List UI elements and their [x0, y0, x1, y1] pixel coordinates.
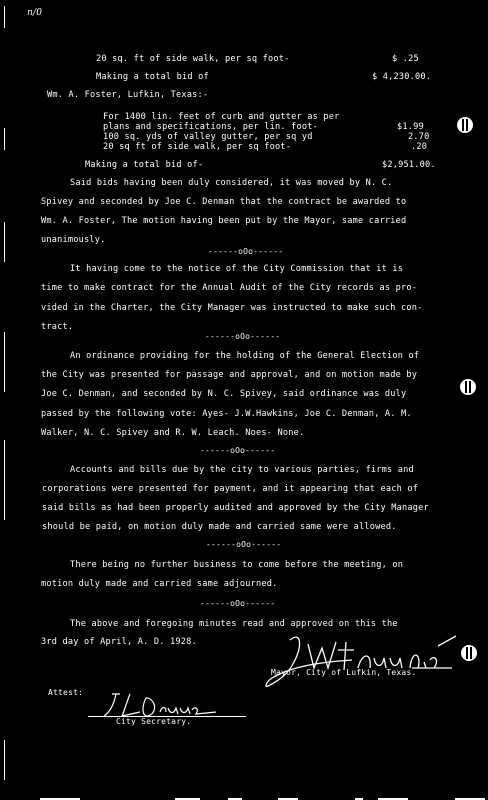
margin-mark	[4, 332, 5, 392]
paragraph-line: said bills as had been properly audited …	[42, 503, 429, 513]
section-separator: ------oOo------	[208, 247, 283, 256]
mayor-title: Mayor, City of Lufkin, Texas.	[271, 668, 416, 677]
paragraph-line: Said bids having been duly considered, i…	[70, 178, 392, 188]
bid-item-price: .20	[411, 142, 427, 152]
bidder-name: Wm. A. Foster, Lufkin, Texas:-	[47, 90, 208, 100]
paragraph-line: should be paid, on motion duly made and …	[42, 522, 397, 532]
bid-item-price: $ .25	[392, 54, 419, 64]
mayor-signature	[262, 628, 462, 688]
paragraph-line: passed by the following vote: Ayes- J.W.…	[41, 409, 412, 419]
bid-item: For 1400 lin. feet of curb and gutter as…	[103, 112, 339, 122]
bid-item: 20 sq. ft of side walk, per sq foot-	[96, 54, 289, 64]
paragraph-line: Accounts and bills due by the city to va…	[70, 465, 414, 475]
bid-item: 100 sq. yds of valley gutter, per sq yd	[103, 132, 313, 142]
paragraph-line: Joe C. Denman, and seconded by N. C. Spi…	[41, 389, 406, 399]
paragraph-line: Walker, N. C. Spivey and R. W. Leach. No…	[41, 428, 304, 438]
paragraph-line: corporations were presented for payment,…	[42, 484, 418, 494]
paragraph-line: It having come to the notice of the City…	[70, 264, 403, 274]
bid-item-price: $1.99	[397, 122, 424, 132]
section-separator: ------oOo------	[200, 599, 275, 608]
margin-mark	[4, 480, 5, 520]
paragraph-line: vided in the Charter, the City Manager w…	[41, 303, 423, 313]
signature-icon	[262, 628, 462, 688]
margin-mark	[4, 740, 5, 780]
bid-item-price: 2.70	[408, 132, 430, 142]
paragraph-line: There being no further business to come …	[70, 560, 403, 570]
paragraph-line: time to make contract for the Annual Aud…	[41, 283, 417, 293]
secretary-title: City Secretary.	[116, 717, 191, 726]
page-annotation: n/0	[27, 8, 42, 18]
attest-label: Attest:	[48, 688, 83, 697]
punch-hole-icon	[457, 117, 473, 133]
section-separator: ------oOo------	[200, 446, 275, 455]
bid-total-label: Making a total bid of-	[85, 160, 203, 170]
paragraph-line: tract.	[41, 322, 73, 332]
section-separator: ------oOo------	[205, 332, 280, 341]
section-separator: ------oOo------	[206, 540, 281, 549]
paragraph-line: Wm. A. Foster, The motion having been pu…	[41, 216, 406, 226]
paragraph-line: unanimously.	[41, 235, 106, 245]
paragraph-line: Spivey and seconded by Joe C. Denman tha…	[41, 197, 406, 207]
bid-total-value: $ 4,230.00.	[372, 72, 431, 82]
margin-mark	[4, 440, 5, 480]
margin-mark	[4, 222, 5, 262]
paragraph-line: 3rd day of April, A. D. 1928.	[41, 637, 197, 647]
bid-total-value: $2,951.00.	[382, 160, 436, 170]
paragraph-line: the City was presented for passage and a…	[41, 370, 417, 380]
margin-mark	[4, 6, 5, 28]
paragraph-line: motion duly made and carried same adjour…	[41, 579, 277, 589]
bid-item: 20 sq ft of side walk, per sq foot-	[103, 142, 291, 152]
bid-total-label: Making a total bid of	[96, 72, 209, 82]
margin-mark	[4, 128, 5, 150]
punch-hole-icon	[461, 645, 477, 661]
punch-hole-icon	[460, 379, 476, 395]
bid-item: plans and specifications, per lin. foot-	[103, 122, 318, 132]
paragraph-line: An ordinance providing for the holding o…	[70, 351, 419, 361]
